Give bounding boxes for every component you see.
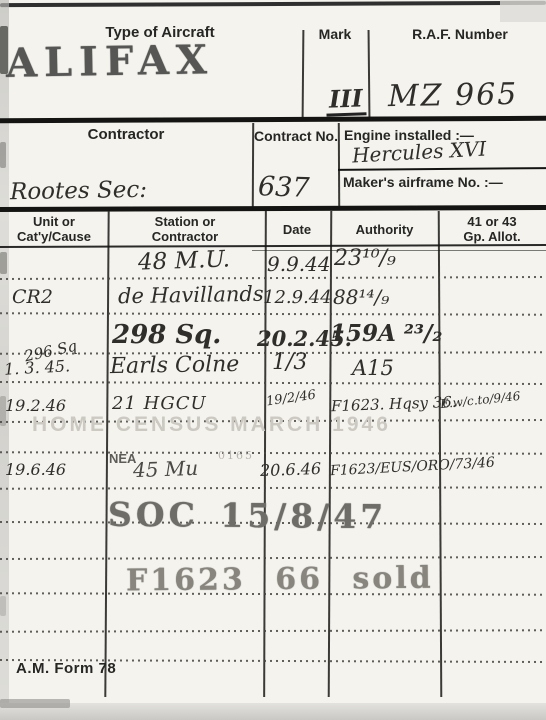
entry-2-date: 12.9.44 [263, 287, 332, 308]
col-header-authority: Authority [332, 222, 437, 237]
mark-value: III [325, 83, 366, 116]
scan-smudge [0, 142, 6, 168]
home-census-stamp: HOME CENSUS MARCH 1946 [32, 413, 391, 437]
entry-6-station-faint: 0165 [218, 449, 254, 462]
col-header-unit-line2: Cat'y/Cause [17, 229, 91, 244]
mark-label: Mark [302, 26, 368, 42]
ruled-line [0, 312, 546, 315]
soc-stamp: SOC 15/8/47 [108, 495, 388, 536]
engine-underline [338, 167, 546, 171]
entry-6-unit: 19.6.46 [5, 460, 66, 479]
scan-smudge [0, 699, 70, 708]
entry-6-authority: F1623/EUS/ORO/73/46 [330, 455, 496, 480]
form-number-label: A.M. Form 78 [16, 660, 116, 677]
scan-top-edge [0, 1, 546, 7]
sold-stamp: F1623 66 sold [126, 561, 434, 599]
scan-corner-patch [500, 0, 546, 22]
raf-number-label: R.A.F. Number [380, 26, 540, 42]
raf-number-value: MZ 965 [388, 77, 519, 114]
entry-6-station: 45 Mu [133, 456, 199, 482]
entry-2-unit: CR2 [12, 286, 53, 308]
mark-column-line [302, 30, 305, 118]
scan-smudge [0, 596, 6, 616]
contractor-label: Contractor [26, 126, 226, 143]
col-header-station-line1: Station or [155, 214, 216, 229]
entry-4-station: Earls Colne [110, 352, 240, 379]
entry-5-station: 21 HGCU [112, 393, 207, 414]
ruled-line [0, 486, 546, 489]
col-header-station-line2: Contractor [152, 229, 218, 244]
entry-2-authority: 88¹⁴/₉ [333, 285, 389, 309]
ruled-line [0, 381, 546, 385]
entry-1-date: 9.9.44 [267, 252, 331, 276]
section-divider-thick [0, 205, 546, 212]
scan-smudge [0, 252, 7, 274]
col-header-allot-line1: 41 or 43 [467, 214, 516, 229]
raf-column-line [368, 30, 371, 118]
entry-4-unit: 1. 3. 45. [4, 356, 71, 378]
ruled-line [0, 451, 546, 454]
aircraft-record-card: Type of Aircraft ALIFAX Mark III R.A.F. … [0, 0, 546, 720]
contract-no-label: Contract No. [254, 128, 338, 144]
scan-bottom-edge [0, 703, 546, 720]
ruled-line [0, 629, 546, 632]
entry-4-authority: A15 [352, 356, 394, 380]
entry-1-station: 48 M.U. [138, 246, 231, 275]
ruled-line [0, 276, 546, 280]
col-header-allot-line2: Gp. Allot. [463, 229, 520, 244]
engine-column-line [338, 123, 340, 207]
header-underline [0, 244, 546, 248]
entry-5-date: 19/2/46 [265, 388, 317, 410]
entry-1-authority: 23¹⁰/₉ [334, 246, 396, 271]
entry-3-station: 298 Sq. [112, 320, 221, 350]
ruled-line [0, 556, 546, 560]
aircraft-type-stamp: ALIFAX [6, 36, 215, 87]
col-header-station: Station or Contractor [110, 214, 260, 244]
entry-6-date: 20.6.46 [260, 459, 322, 480]
col-header-unit-line1: Unit or [33, 214, 75, 229]
contract-no-value: 637 [257, 171, 310, 204]
makers-airframe-label: Maker's airframe No. :— [343, 174, 503, 190]
col-header-unit: Unit or Cat'y/Cause [2, 214, 106, 244]
section-divider-thick [0, 116, 546, 123]
col-header-date: Date [267, 222, 327, 237]
header-underline-2 [252, 250, 546, 251]
entry-4-date: 1/3 [272, 350, 307, 375]
entry-2-station: de Havillands [118, 282, 264, 309]
entry-3-authority: 159A ²³/₂ [330, 320, 442, 347]
col-header-allot: 41 or 43 Gp. Allot. [442, 214, 542, 244]
contractor-value: Rootes Sec: [10, 177, 147, 205]
